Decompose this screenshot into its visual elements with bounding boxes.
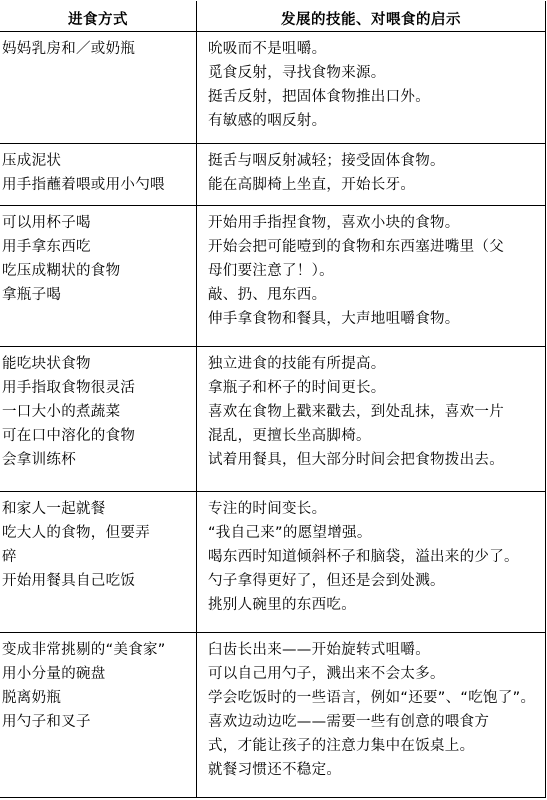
skills-line: 独立进食的技能有所提高。 <box>208 352 541 376</box>
skills-line: 试着用餐具，但大部分时间会把食物拨出去。 <box>208 448 541 472</box>
feeding-method-line: 用手指蘸着喂或用小勺喂 <box>2 173 196 197</box>
skills-line: “我自己来”的愿望增强。 <box>208 521 541 545</box>
feeding-method-line: 吃大人的食物，但要弄 <box>2 521 196 545</box>
feeding-method-line: 一口大小的煮蔬菜 <box>2 400 196 424</box>
skills-line: 式，才能让孩子的注意力集中在饭桌上。 <box>208 734 541 758</box>
skills-cell: 臼齿长出来——开始旋转式咀嚼。 可以自己用勺子，溅出来不会太多。 学会吃饭时的一… <box>197 633 545 797</box>
feeding-method-line: 脱离奶瓶 <box>2 686 196 710</box>
table-row: 压成泥状 用手指蘸着喂或用小勺喂 挺舌与咽反射减轻；接受固体食物。 能在高脚椅上… <box>0 144 545 206</box>
feeding-method-line: 可在口中溶化的食物 <box>2 424 196 448</box>
skills-cell: 吮吸而不是咀嚼。 觅食反射，寻找食物来源。 挺舌反射，把固体食物推出口外。 有敏… <box>197 32 545 143</box>
feeding-method-line: 开始用餐具自己吃饭 <box>2 569 196 593</box>
feeding-method-cell: 可以用杯子喝 用手拿东西吃 吃压成糊状的食物 拿瓶子喝 <box>0 206 197 346</box>
skills-line: 有敏感的咽反射。 <box>208 109 541 133</box>
skills-line: 能在高脚椅上坐直，开始长牙。 <box>208 173 541 197</box>
feeding-method-line: 变成非常挑剔的“美食家” <box>2 638 196 662</box>
skills-line: 伸手拿食物和餐具，大声地咀嚼食物。 <box>208 307 541 331</box>
skills-line: 开始用手指捏食物，喜欢小块的食物。 <box>208 211 541 235</box>
skills-line: 吮吸而不是咀嚼。 <box>208 37 541 61</box>
skills-cell: 挺舌与咽反射减轻；接受固体食物。 能在高脚椅上坐直，开始长牙。 <box>197 144 545 205</box>
header-feeding-method: 进食方式 <box>0 1 197 31</box>
skills-line: 挺舌反射，把固体食物推出口外。 <box>208 85 541 109</box>
skills-cell: 开始用手指捏食物，喜欢小块的食物。 开始会把可能噎到的食物和东西塞进嘴里（父 母… <box>197 206 545 346</box>
feeding-method-cell: 能吃块状食物 用手指取食物很灵活 一口大小的煮蔬菜 可在口中溶化的食物 会拿训练… <box>0 347 197 491</box>
skills-line: 学会吃饭时的一些语言，例如“还要”、“吃饱了”。 <box>208 686 541 710</box>
skills-cell: 专注的时间变长。 “我自己来”的愿望增强。 喝东西时知道倾斜杯子和脑袋，溢出来的… <box>197 492 545 632</box>
feeding-method-line: 用手指取食物很灵活 <box>2 376 196 400</box>
skills-line: 喜欢边动边吃——需要一些有创意的喂食方 <box>208 710 541 734</box>
feeding-method-line: 用勺子和叉子 <box>2 710 196 734</box>
skills-line: 喝东西时知道倾斜杯子和脑袋，溢出来的少了。 <box>208 545 541 569</box>
skills-line: 混乱，更擅长坐高脚椅。 <box>208 424 541 448</box>
skills-line: 就餐习惯还不稳定。 <box>208 758 541 782</box>
skills-line: 拿瓶子和杯子的时间更长。 <box>208 376 541 400</box>
skills-line: 挑别人碗里的东西吃。 <box>208 593 541 617</box>
feeding-method-line: 用小分量的碗盘 <box>2 662 196 686</box>
header-skills-implications: 发展的技能、对喂食的启示 <box>197 1 545 31</box>
feeding-method-line: 妈妈乳房和／或奶瓶 <box>2 37 196 61</box>
feeding-development-table: 进食方式 发展的技能、对喂食的启示 妈妈乳房和／或奶瓶 吮吸而不是咀嚼。 觅食反… <box>0 1 546 798</box>
feeding-method-line: 拿瓶子喝 <box>2 283 196 307</box>
table-row: 可以用杯子喝 用手拿东西吃 吃压成糊状的食物 拿瓶子喝 开始用手指捏食物，喜欢小… <box>0 206 545 347</box>
feeding-method-cell: 妈妈乳房和／或奶瓶 <box>0 32 197 143</box>
table-row: 和家人一起就餐 吃大人的食物，但要弄 碎 开始用餐具自己吃饭 专注的时间变长。 … <box>0 492 545 633</box>
table-row: 妈妈乳房和／或奶瓶 吮吸而不是咀嚼。 觅食反射，寻找食物来源。 挺舌反射，把固体… <box>0 32 545 144</box>
table-row: 能吃块状食物 用手指取食物很灵活 一口大小的煮蔬菜 可在口中溶化的食物 会拿训练… <box>0 347 545 492</box>
feeding-method-line: 吃压成糊状的食物 <box>2 259 196 283</box>
feeding-method-line: 和家人一起就餐 <box>2 497 196 521</box>
skills-line: 挺舌与咽反射减轻；接受固体食物。 <box>208 149 541 173</box>
feeding-method-line: 碎 <box>2 545 196 569</box>
skills-line: 敲、扔、甩东西。 <box>208 283 541 307</box>
feeding-method-line: 压成泥状 <box>2 149 196 173</box>
skills-line: 臼齿长出来——开始旋转式咀嚼。 <box>208 638 541 662</box>
table-header-row: 进食方式 发展的技能、对喂食的启示 <box>0 1 545 32</box>
skills-line: 勺子拿得更好了，但还是会到处溅。 <box>208 569 541 593</box>
skills-line: 开始会把可能噎到的食物和东西塞进嘴里（父 <box>208 235 541 259</box>
feeding-method-line: 可以用杯子喝 <box>2 211 196 235</box>
skills-line: 喜欢在食物上戳来戳去，到处乱抹，喜欢一片 <box>208 400 541 424</box>
feeding-method-line: 会拿训练杯 <box>2 448 196 472</box>
skills-line: 母们要注意了！）。 <box>208 259 541 283</box>
skills-line: 觅食反射，寻找食物来源。 <box>208 61 541 85</box>
feeding-method-line: 能吃块状食物 <box>2 352 196 376</box>
feeding-method-cell: 和家人一起就餐 吃大人的食物，但要弄 碎 开始用餐具自己吃饭 <box>0 492 197 632</box>
feeding-method-cell: 压成泥状 用手指蘸着喂或用小勺喂 <box>0 144 197 205</box>
feeding-method-line: 用手拿东西吃 <box>2 235 196 259</box>
skills-cell: 独立进食的技能有所提高。 拿瓶子和杯子的时间更长。 喜欢在食物上戳来戳去，到处乱… <box>197 347 545 491</box>
skills-line: 专注的时间变长。 <box>208 497 541 521</box>
skills-line: 可以自己用勺子，溅出来不会太多。 <box>208 662 541 686</box>
table-row: 变成非常挑剔的“美食家” 用小分量的碗盘 脱离奶瓶 用勺子和叉子 臼齿长出来——… <box>0 633 545 797</box>
feeding-method-cell: 变成非常挑剔的“美食家” 用小分量的碗盘 脱离奶瓶 用勺子和叉子 <box>0 633 197 797</box>
